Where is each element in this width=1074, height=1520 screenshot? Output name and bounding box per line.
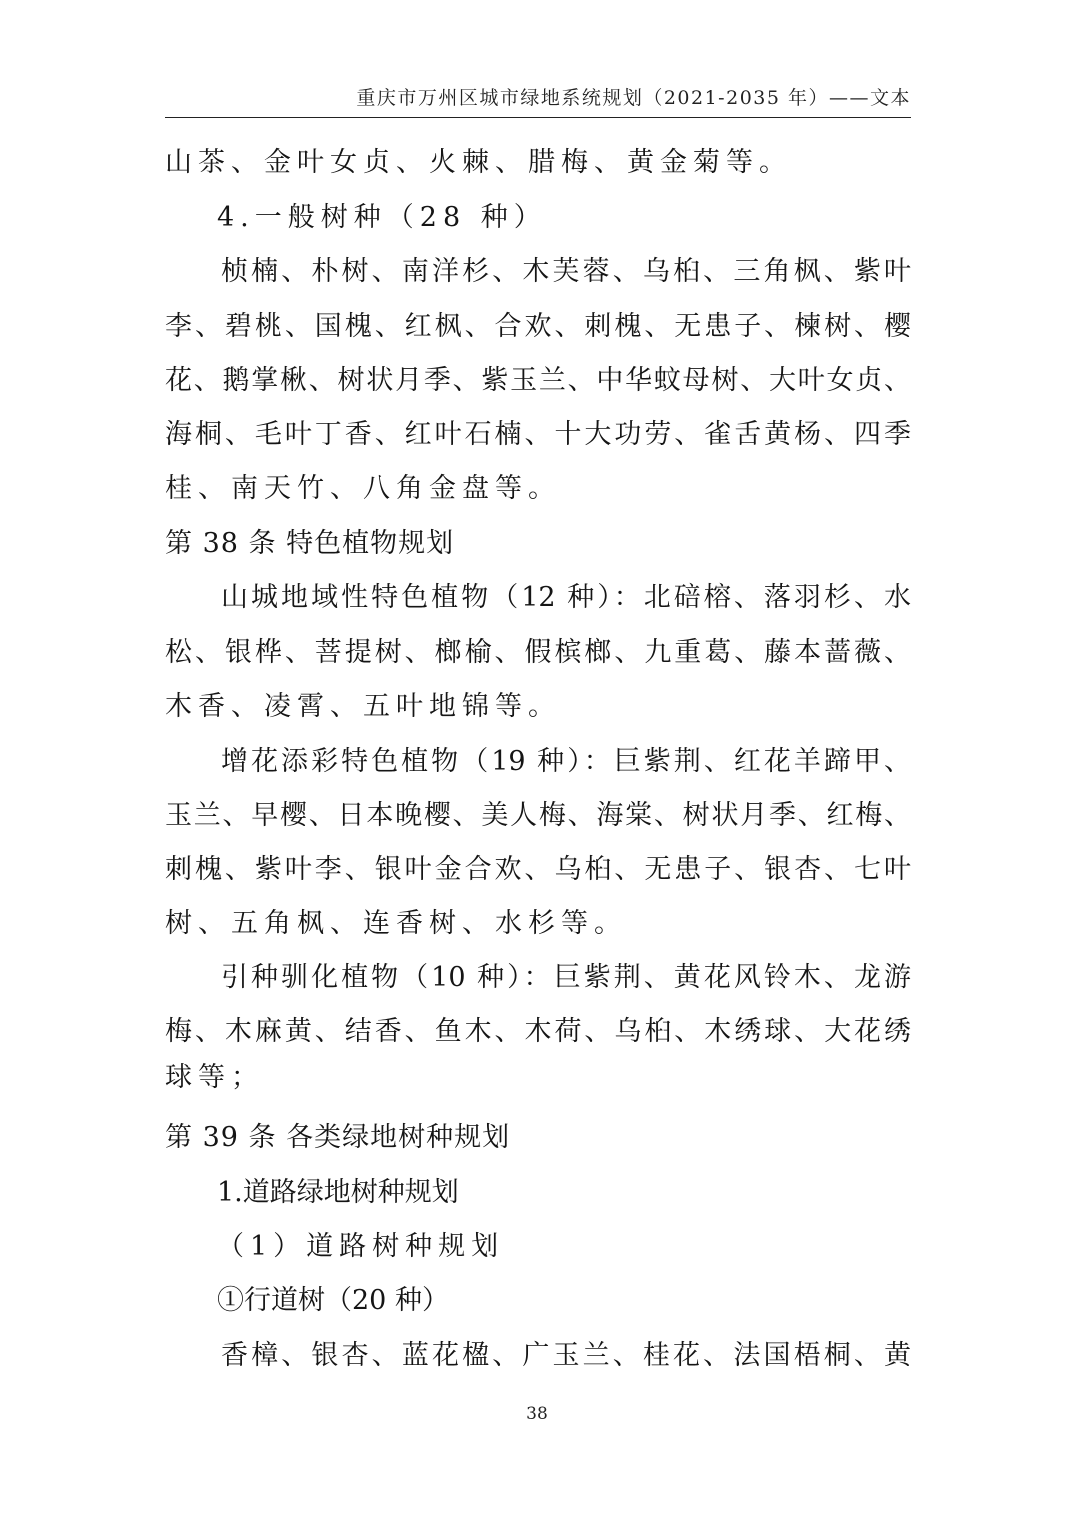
subsection-heading-road-trees: （1）道路树种规划 [165,1227,911,1267]
paragraph-line: 增花添彩特色植物（19 种）：巨紫荆、红花羊蹄甲、 [165,742,911,782]
article-heading-39: 第 39 条 各类绿地树种规划 [165,1118,911,1158]
paragraph-line-last: 球等； [165,1058,911,1098]
paragraph-line: 花、鹅掌楸、树状月季、紫玉兰、中华蚊母树、大叶女贞、 [165,361,911,401]
paragraph-line: 松、银桦、菩提树、榔榆、假槟榔、九重葛、藤本蔷薇、 [165,633,911,673]
paragraph-line-last: 木香、凌霄、五叶地锦等。 [165,687,911,727]
paragraph-line-continuation: 山茶、金叶女贞、火棘、腊梅、黄金菊等。 [165,143,911,183]
paragraph-line-last: 桂、南天竹、八角金盘等。 [165,469,911,509]
running-header: 重庆市万州区城市绿地系统规划（2021-2035 年）——文本 [165,86,911,118]
paragraph-line: 山城地域性特色植物（12 种）：北碚榕、落羽杉、水 [165,578,911,618]
page-number: 38 [0,1402,1074,1426]
paragraph-line: 桢楠、朴树、南洋杉、木芙蓉、乌桕、三角枫、紫叶 [165,252,911,292]
header-title: 重庆市万州区城市绿地系统规划（2021-2035 年）——文本 [356,86,911,110]
paragraph-line: 香樟、银杏、蓝花楹、广玉兰、桂花、法国梧桐、黄 [165,1336,911,1376]
paragraph-line: 李、碧桃、国槐、红枫、合欢、刺槐、无患子、楝树、樱 [165,307,911,347]
article-heading-38: 第 38 条 特色植物规划 [165,524,911,564]
paragraph-line: 玉兰、早樱、日本晚樱、美人梅、海棠、树状月季、红梅、 [165,796,911,836]
subsection-heading-road-green: 1.道路绿地树种规划 [165,1173,911,1213]
subsection-heading-general-trees: 4.一般树种（28 种） [165,198,911,238]
paragraph-line: 刺槐、紫叶李、银叶金合欢、乌桕、无患子、银杏、七叶 [165,850,911,890]
paragraph-line: 海桐、毛叶丁香、红叶石楠、十大功劳、雀舌黄杨、四季 [165,415,911,455]
paragraph-line: 梅、木麻黄、结香、鱼木、木荷、乌桕、木绣球、大花绣 [165,1012,911,1052]
subsection-heading-street-trees: ①行道树（20 种） [165,1281,911,1321]
paragraph-line: 引种驯化植物（10 种）：巨紫荆、黄花风铃木、龙游 [165,958,911,998]
document-page: 重庆市万州区城市绿地系统规划（2021-2035 年）——文本 山茶、金叶女贞、… [0,0,1074,1520]
paragraph-line-last: 树、五角枫、连香树、水杉等。 [165,904,911,944]
